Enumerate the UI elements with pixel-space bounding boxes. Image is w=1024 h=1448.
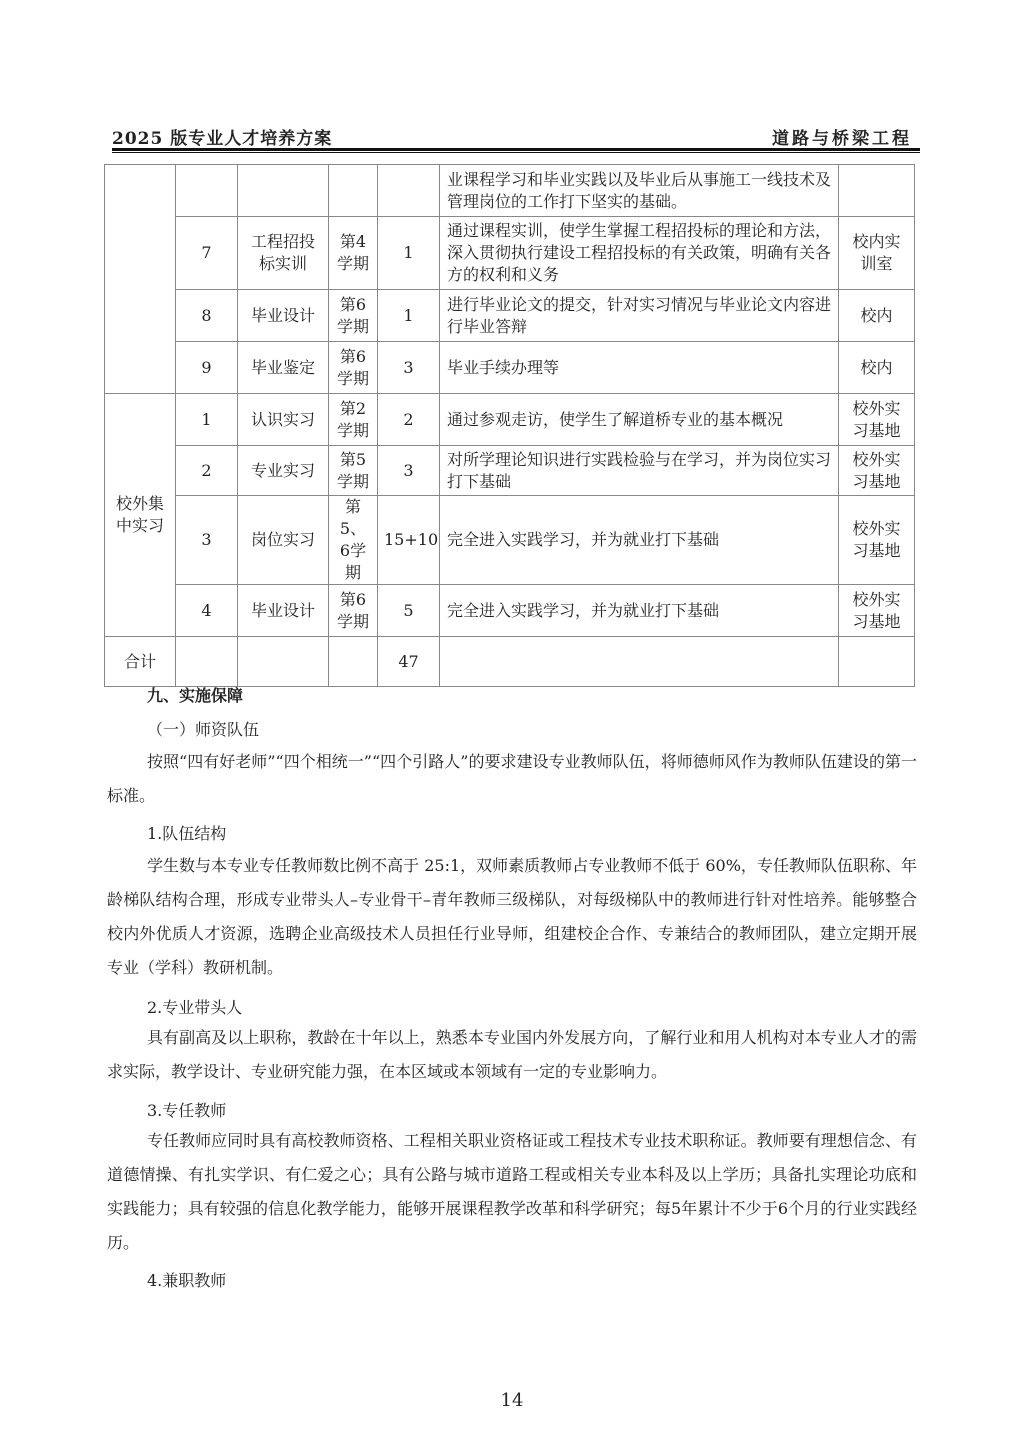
cell-empty: [839, 165, 915, 217]
cell-empty: [238, 165, 329, 217]
cell-no: 3: [176, 496, 238, 585]
cell-desc: 业课程学习和毕业实践以及毕业后从事施工一线技术及管理岗位的工作打下坚实的基础。: [440, 165, 839, 217]
cell-desc: 完全进入实践学习，并为就业打下基础: [440, 585, 839, 637]
item-paragraph: 学生数与本专业专任教师数比例不高于 25:1，双师素质教师占专业教师不低于 60…: [107, 849, 917, 985]
cell-desc: 通过参观走访，使学生了解道桥专业的基本概况: [440, 394, 839, 446]
cell-empty: [176, 637, 238, 687]
section-heading: 九、实施保障: [147, 683, 243, 706]
table-row-total: 合计 47: [105, 637, 915, 687]
cell-name: 工程招投标实训: [238, 217, 329, 290]
item-title: 2.专业带头人: [147, 995, 242, 1018]
cell-place: 校内实训室: [839, 217, 915, 290]
cell-no: 1: [176, 394, 238, 446]
cell-desc: 对所学理论知识进行实践检验与在学习，并为岗位实习打下基础: [440, 446, 839, 496]
cell-no: 7: [176, 217, 238, 290]
document-title: 2025 版专业人才培养方案: [112, 124, 332, 149]
cell-place: 校外实习基地: [839, 585, 915, 637]
group-cell-oncampus: [105, 165, 176, 394]
cell-name: 毕业鉴定: [238, 342, 329, 394]
cell-name: 专业实习: [238, 446, 329, 496]
cell-weeks: 1: [378, 217, 440, 290]
table-row: 2 专业实习 第5学期 3 对所学理论知识进行实践检验与在学习，并为岗位实习打下…: [105, 446, 915, 496]
cell-name: 岗位实习: [238, 496, 329, 585]
table-row: 7 工程招投标实训 第4学期 1 通过课程实训，使学生掌握工程招投标的理论和方法…: [105, 217, 915, 290]
cell-empty: [238, 637, 329, 687]
cell-term: 第5、6学期: [329, 496, 378, 585]
subsection-heading: （一）师资队伍: [147, 717, 259, 740]
cell-weeks: 15+10: [378, 496, 440, 585]
cell-term: 第6学期: [329, 342, 378, 394]
cell-desc: 完全进入实践学习，并为就业打下基础: [440, 496, 839, 585]
total-weeks: 47: [378, 637, 440, 687]
cell-term: 第4学期: [329, 217, 378, 290]
cell-place: 校内: [839, 290, 915, 342]
cell-empty: [839, 637, 915, 687]
cell-name: 毕业设计: [238, 585, 329, 637]
cell-place: 校内: [839, 342, 915, 394]
table-row: 业课程学习和毕业实践以及毕业后从事施工一线技术及管理岗位的工作打下坚实的基础。: [105, 165, 915, 217]
item-title: 3.专任教师: [147, 1098, 226, 1121]
cell-no: 4: [176, 585, 238, 637]
cell-place: 校外实习基地: [839, 496, 915, 585]
cell-term: 第6学期: [329, 585, 378, 637]
total-label: 合计: [105, 637, 176, 687]
item-paragraph: 具有副高及以上职称，教龄在十年以上，熟悉本专业国内外发展方向，了解行业和用人机构…: [107, 1021, 917, 1089]
table-row: 3 岗位实习 第5、6学期 15+10 完全进入实践学习，并为就业打下基础 校外…: [105, 496, 915, 585]
cell-term: 第6学期: [329, 290, 378, 342]
table-row: 9 毕业鉴定 第6学期 3 毕业手续办理等 校内: [105, 342, 915, 394]
cell-desc: 毕业手续办理等: [440, 342, 839, 394]
table-row: 8 毕业设计 第6学期 1 进行毕业论文的提交，针对实习情况与毕业论文内容进行毕…: [105, 290, 915, 342]
item-title: 4.兼职教师: [147, 1268, 226, 1291]
cell-no: 2: [176, 446, 238, 496]
cell-place: 校外实习基地: [839, 446, 915, 496]
cell-term: 第5学期: [329, 446, 378, 496]
table-row: 4 毕业设计 第6学期 5 完全进入实践学习，并为就业打下基础 校外实习基地: [105, 585, 915, 637]
cell-desc: 进行毕业论文的提交，针对实习情况与毕业论文内容进行毕业答辩: [440, 290, 839, 342]
cell-no: 9: [176, 342, 238, 394]
table-row: 校外集中实习 1 认识实习 第2学期 2 通过参观走访，使学生了解道桥专业的基本…: [105, 394, 915, 446]
cell-place: 校外实习基地: [839, 394, 915, 446]
cell-name: 认识实习: [238, 394, 329, 446]
cell-empty: [329, 165, 378, 217]
cell-weeks: 1: [378, 290, 440, 342]
cell-desc: 通过课程实训，使学生掌握工程招投标的理论和方法，深入贯彻执行建设工程招投标的有关…: [440, 217, 839, 290]
cell-name: 毕业设计: [238, 290, 329, 342]
item-paragraph: 专任教师应同时具有高校教师资格、工程相关职业资格证或工程技术专业技术职称证。教师…: [107, 1124, 917, 1260]
cell-empty: [378, 165, 440, 217]
major-name: 道路与桥梁工程: [772, 124, 912, 149]
cell-no: 8: [176, 290, 238, 342]
page-header: 2025 版专业人才培养方案 道路与桥梁工程: [112, 124, 912, 146]
cell-empty: [176, 165, 238, 217]
page-number: 14: [0, 1390, 1024, 1411]
cell-term: 第2学期: [329, 394, 378, 446]
header-rule: [112, 148, 920, 153]
practice-schedule-table: 业课程学习和毕业实践以及毕业后从事施工一线技术及管理岗位的工作打下坚实的基础。 …: [104, 164, 915, 687]
cell-weeks: 2: [378, 394, 440, 446]
cell-weeks: 5: [378, 585, 440, 637]
item-title: 1.队伍结构: [147, 821, 226, 844]
cell-weeks: 3: [378, 446, 440, 496]
intro-paragraph: 按照“四有好老师”“四个相统一”“四个引路人”的要求建设专业教师队伍，将师德师风…: [107, 745, 917, 813]
group-label-offcampus: 校外集中实习: [105, 394, 176, 637]
cell-empty: [440, 637, 839, 687]
cell-weeks: 3: [378, 342, 440, 394]
cell-empty: [329, 637, 378, 687]
